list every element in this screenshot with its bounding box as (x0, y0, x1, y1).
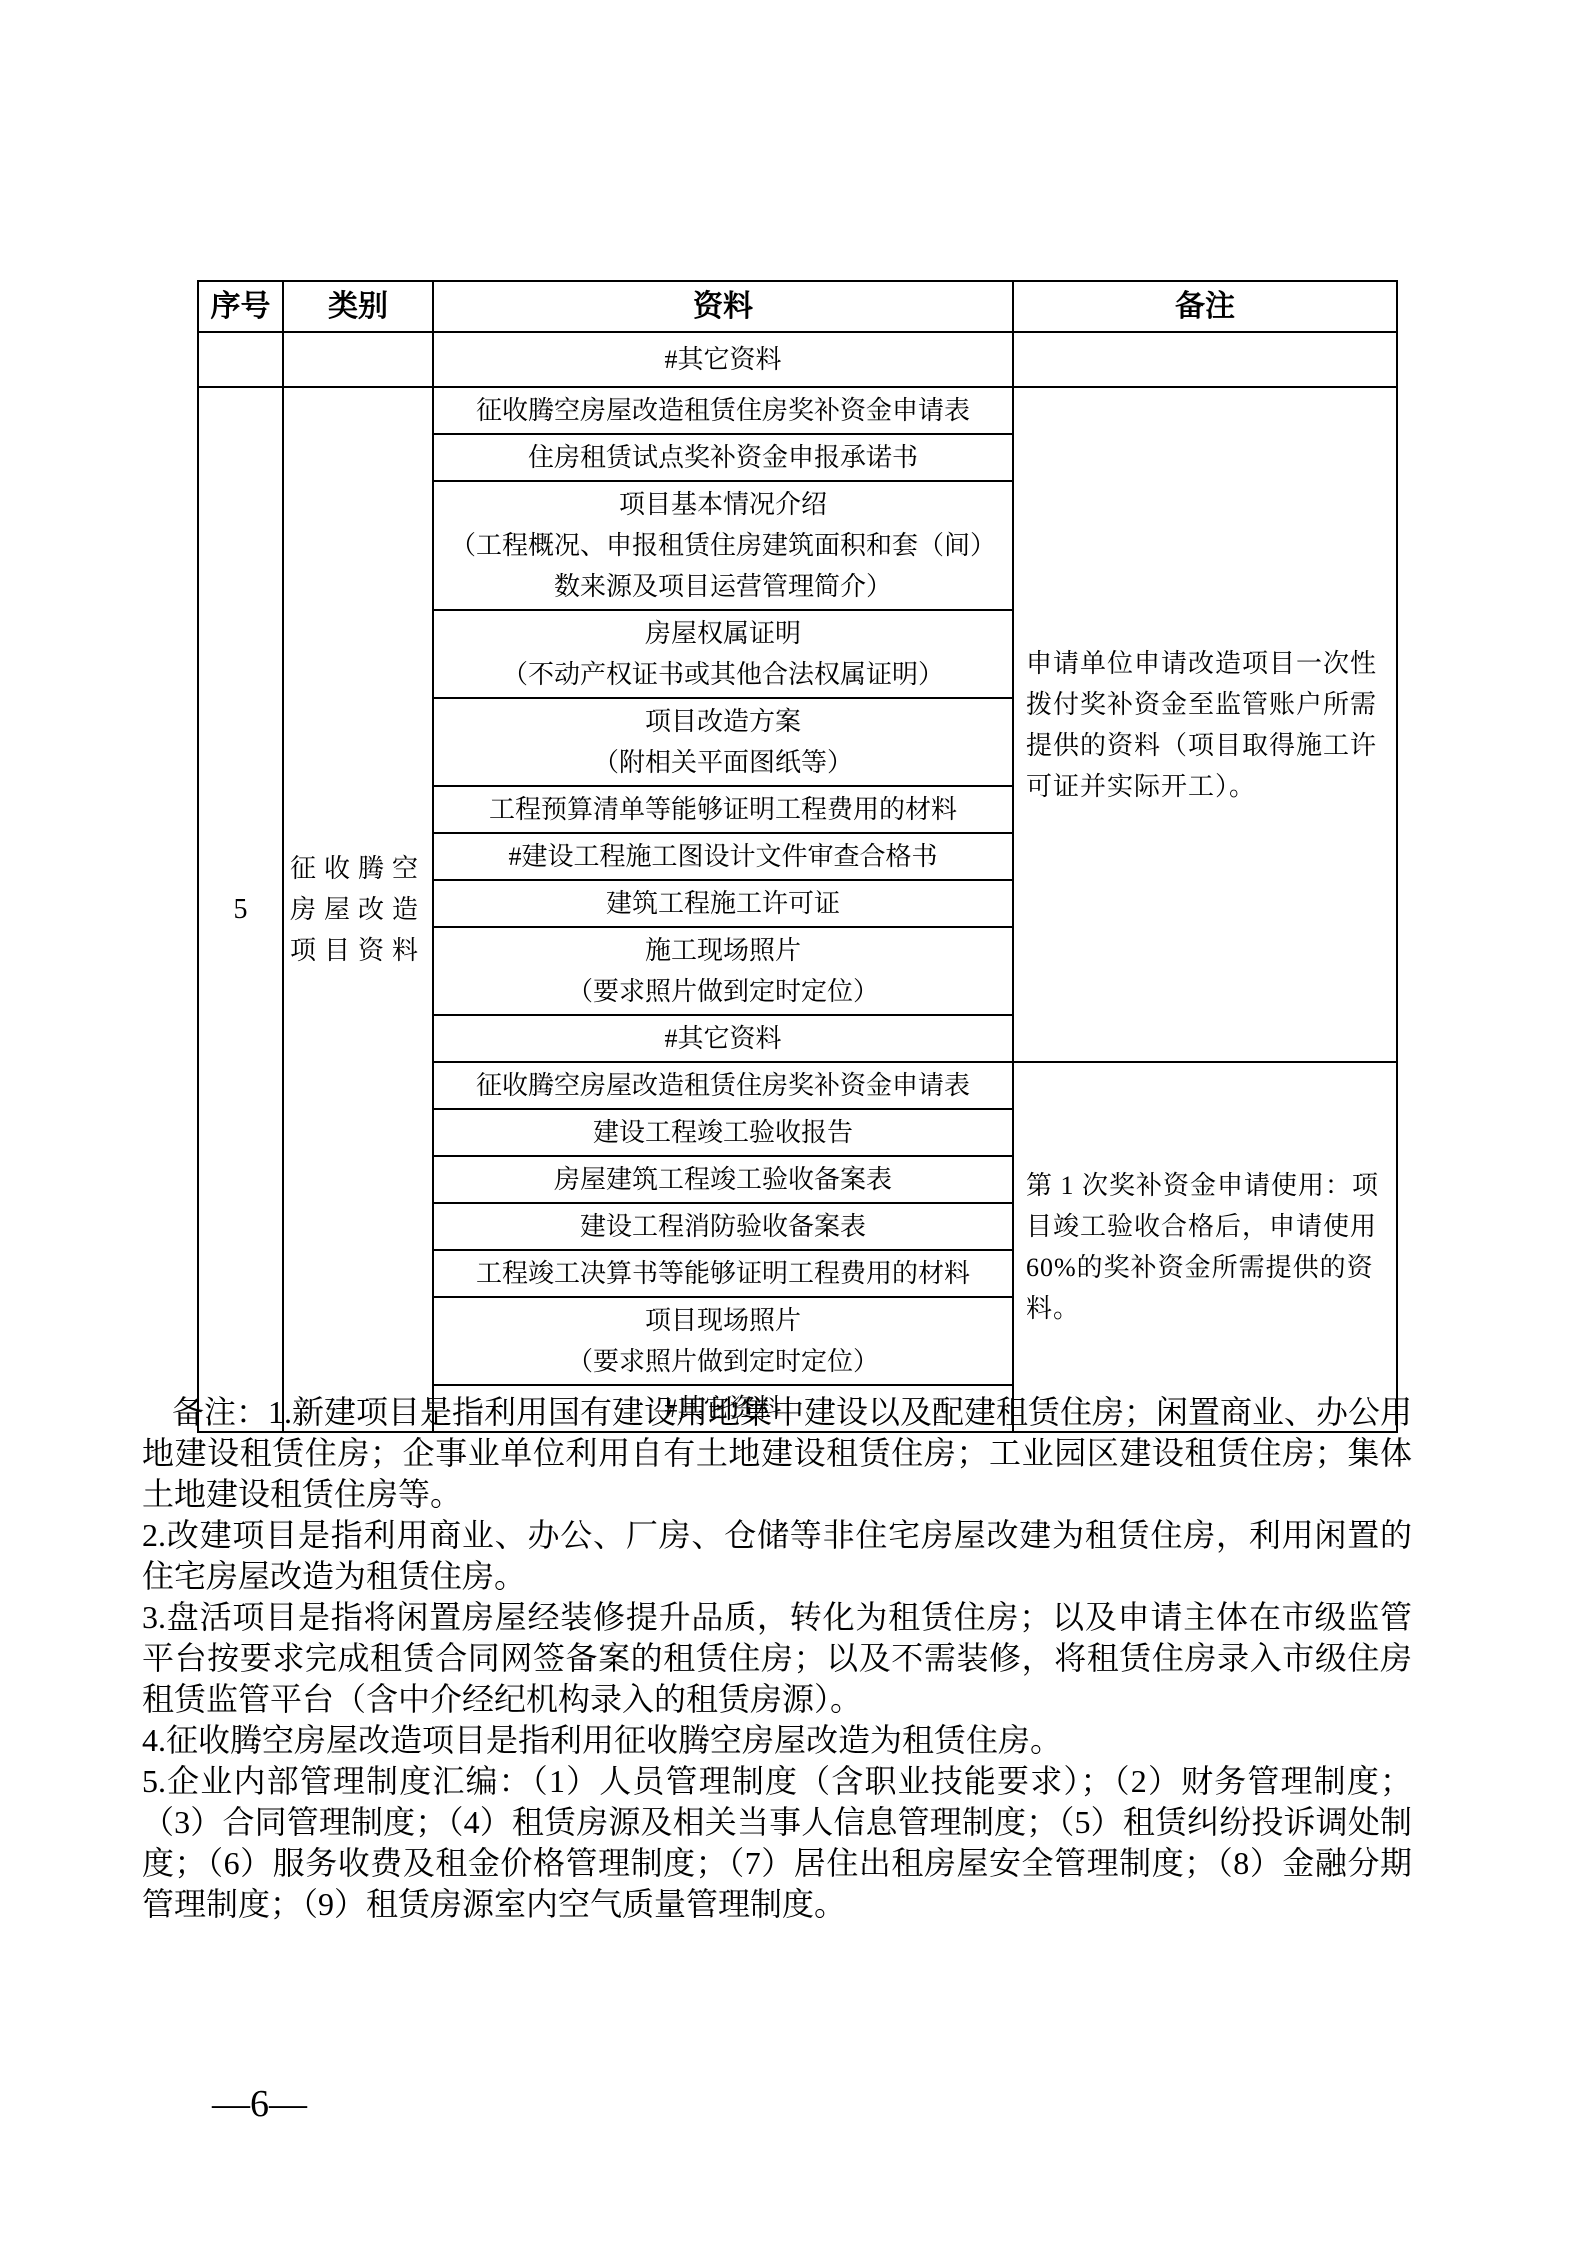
material-cell: 征收腾空房屋改造租赁住房奖补资金申请表 (433, 1062, 1013, 1109)
material-cell: 项目现场照片 （要求照片做到定时定位） (433, 1297, 1013, 1385)
material-cell: 项目改造方案 （附相关平面图纸等） (433, 698, 1013, 786)
col-header-material: 资料 (433, 281, 1013, 332)
col-header-category: 类别 (283, 281, 433, 332)
page-number: —6— (212, 2082, 307, 2126)
material-cell: 建设工程竣工验收报告 (433, 1109, 1013, 1156)
material-cell: 工程预算清单等能够证明工程费用的材料 (433, 786, 1013, 833)
footnote-paragraph-1: 备注：1.新建项目是指利用国有建设用地集中建设以及配建租赁住房；闲置商业、办公用… (142, 1392, 1412, 1515)
footnote-paragraph-4: 4.征收腾空房屋改造项目是指利用征收腾空房屋改造为租赁住房。 (142, 1720, 1412, 1761)
document-page: 序号 类别 资料 备注 #其它资料 5 征收腾空 房屋改造 项目资料 征收腾空房… (0, 0, 1587, 2245)
material-cell: 施工现场照片 （要求照片做到定时定位） (433, 927, 1013, 1015)
carryover-category-cell (283, 332, 433, 387)
material-cell: 项目基本情况介绍 （工程概况、申报租赁住房建筑面积和套（间） 数来源及项目运营管… (433, 481, 1013, 610)
material-cell: 房屋权属证明 （不动产权证书或其他合法权属证明） (433, 610, 1013, 698)
footnote-paragraph-5: 5.企业内部管理制度汇编：（1）人员管理制度（含职业技能要求）；（2）财务管理制… (142, 1761, 1412, 1925)
serial-cell-5: 5 (198, 387, 283, 1432)
material-cell: #建设工程施工图设计文件审查合格书 (433, 833, 1013, 880)
footnotes-section: 备注：1.新建项目是指利用国有建设用地集中建设以及配建租赁住房；闲置商业、办公用… (142, 1392, 1412, 1925)
remark-cell-block1: 申请单位申请改造项目一次性 拨付奖补资金至监管账户所需 提供的资料（项目取得施工… (1013, 387, 1397, 1062)
carryover-material-cell: #其它资料 (433, 332, 1013, 387)
carryover-remark-cell (1013, 332, 1397, 387)
footnote-paragraph-2: 2.改建项目是指利用商业、办公、厂房、仓储等非住宅房屋改建为租赁住房，利用闲置的… (142, 1515, 1412, 1597)
category-cell-5: 征收腾空 房屋改造 项目资料 (283, 387, 433, 1432)
remark-cell-block2: 第 1 次奖补资金申请使用：项 目竣工验收合格后，申请使用 60%的奖补资金所需… (1013, 1062, 1397, 1432)
material-cell: #其它资料 (433, 1015, 1013, 1062)
col-header-remark: 备注 (1013, 281, 1397, 332)
material-cell: 工程竣工决算书等能够证明工程费用的材料 (433, 1250, 1013, 1297)
footnote-paragraph-3: 3.盘活项目是指将闲置房屋经装修提升品质，转化为租赁住房；以及申请主体在市级监管… (142, 1597, 1412, 1720)
material-cell: 住房租赁试点奖补资金申报承诺书 (433, 434, 1013, 481)
materials-table: 序号 类别 资料 备注 #其它资料 5 征收腾空 房屋改造 项目资料 征收腾空房… (197, 280, 1396, 1433)
material-cell: 建设工程消防验收备案表 (433, 1203, 1013, 1250)
carryover-serial-cell (198, 332, 283, 387)
table-row: 5 征收腾空 房屋改造 项目资料 征收腾空房屋改造租赁住房奖补资金申请表 申请单… (198, 387, 1397, 434)
col-header-serial: 序号 (198, 281, 283, 332)
material-cell: 房屋建筑工程竣工验收备案表 (433, 1156, 1013, 1203)
material-cell: 建筑工程施工许可证 (433, 880, 1013, 927)
material-cell: 征收腾空房屋改造租赁住房奖补资金申请表 (433, 387, 1013, 434)
table-header-row: 序号 类别 资料 备注 (198, 281, 1397, 332)
carryover-row: #其它资料 (198, 332, 1397, 387)
